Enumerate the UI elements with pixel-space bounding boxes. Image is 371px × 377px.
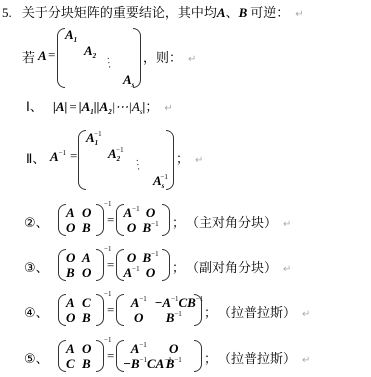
heading-tail: 可逆： — [250, 6, 289, 21]
separator: 、 — [226, 6, 239, 21]
definition-prefix: 若 — [22, 47, 35, 66]
paragraph-mark: ↵ — [283, 264, 291, 275]
item-i: Ⅰ、 |A|=|A1||A2|⋯|As|；↵ — [26, 96, 173, 116]
equals-sign: = — [107, 212, 114, 228]
definition-lhs: A — [38, 48, 47, 64]
power-label: −1 — [104, 200, 111, 208]
power-label: −1 — [104, 336, 111, 344]
heading-line: 5. 关于分块矩阵的重要结论，其中均A、B可逆：↵ — [2, 2, 304, 21]
heading-text: 关于分块矩阵的重要结论，其中均 — [22, 6, 217, 21]
left-paren — [58, 249, 66, 281]
var-a: A — [217, 5, 226, 20]
right-paren — [162, 204, 170, 236]
item-ii-end: ；↵ — [176, 148, 203, 167]
paragraph-mark: ↵ — [295, 9, 303, 20]
power-label: −1 — [104, 245, 111, 253]
lhs-entry: O — [82, 265, 91, 281]
equals-sign: = — [70, 148, 77, 164]
rhs-entry: O — [155, 341, 194, 357]
diagonal-dots: ⋱ — [131, 159, 143, 172]
right-paren — [96, 204, 104, 236]
determinant-term-s: |⋯|As — [112, 99, 143, 114]
lhs-entry: O — [66, 250, 75, 266]
lhs-entry: C — [66, 356, 75, 372]
item-note: （主对角分块）↵ — [186, 212, 291, 231]
rhs-entry: −B−1CA−1 — [123, 356, 155, 372]
right-paren — [96, 249, 104, 281]
rhs-entry: A−1 — [123, 205, 140, 221]
equals-sign: = — [107, 257, 114, 273]
left-paren — [78, 130, 86, 190]
right-paren — [133, 28, 141, 88]
paragraph-mark: ↵ — [164, 103, 172, 114]
lhs-entry: O — [82, 341, 91, 357]
lhs-entry: A — [66, 295, 75, 311]
semicolon: ； — [172, 257, 185, 276]
right-paren — [162, 249, 170, 281]
rhs-entry: −A−1CB−1 — [155, 295, 194, 311]
item-note: （拉普拉斯）↵ — [218, 302, 310, 321]
lhs-entry: B — [82, 356, 91, 372]
lhs-entry: A — [66, 341, 75, 357]
semicolon: ； — [204, 348, 217, 367]
rhs-entry: O — [140, 205, 161, 221]
matrix-entry-a2: A2 — [84, 43, 96, 60]
determinant-lhs: |A| — [53, 99, 67, 114]
equals-sign: = — [48, 47, 55, 63]
paragraph-mark: ↵ — [283, 219, 291, 230]
definition-suffix: ，则：↵ — [143, 47, 196, 66]
equals-sign: = — [107, 348, 114, 364]
section-number: 5. — [2, 5, 12, 20]
item-note: （副对角分块）↵ — [186, 257, 291, 276]
diagonal-dots: ⋱ — [102, 57, 114, 70]
paragraph-mark: ↵ — [302, 355, 310, 366]
right-paren — [96, 340, 104, 372]
item-label: ④、 — [24, 302, 49, 321]
lhs-entry: C — [82, 295, 91, 311]
right-paren — [194, 294, 202, 326]
item-note: （拉普拉斯）↵ — [218, 348, 310, 367]
rhs-entry: B−1 — [140, 220, 161, 236]
paragraph-mark: ↵ — [302, 309, 310, 320]
right-paren — [96, 294, 104, 326]
lhs-entry: A — [82, 250, 91, 266]
rhs-entry: A−1 — [123, 295, 155, 311]
rhs-entry: B−1 — [140, 250, 161, 266]
inverse-entry-1: A1−1 — [86, 130, 102, 147]
rhs-entry: B−1 — [155, 356, 194, 372]
item-i-label: Ⅰ、 — [26, 99, 43, 114]
lhs-entry: A — [66, 205, 75, 221]
rhs-entry: O — [123, 220, 140, 236]
lhs-entry: O — [66, 220, 75, 236]
inverse-lhs: A−1 — [50, 149, 66, 165]
rhs-entry: A−1 — [123, 341, 155, 357]
matrix-entry-a1: A1 — [65, 27, 77, 44]
rhs-entry: O — [140, 265, 161, 281]
left-paren — [58, 294, 66, 326]
item-label: ②、 — [24, 212, 49, 231]
lhs-entry: B — [82, 310, 91, 326]
rhs-entry: O — [123, 250, 140, 266]
power-label: −1 — [104, 290, 111, 298]
rhs-entry: O — [123, 310, 155, 326]
lhs-entry: B — [82, 220, 91, 236]
determinant-term-2: ||A2 — [94, 99, 112, 114]
lhs-entry: B — [66, 265, 75, 281]
inverse-entry-2: A2−1 — [108, 146, 124, 163]
semicolon: ； — [172, 212, 185, 231]
left-paren — [57, 28, 65, 88]
item-label: ③、 — [24, 257, 49, 276]
var-b: B — [239, 5, 248, 20]
right-paren — [194, 340, 202, 372]
semicolon: ； — [145, 100, 158, 115]
rhs-entry: A−1 — [123, 265, 140, 281]
lhs-entry: O — [66, 310, 75, 326]
left-paren — [58, 204, 66, 236]
equals-sign: = — [107, 302, 114, 318]
item-ii-label: Ⅱ、 — [26, 148, 45, 167]
lhs-entry: O — [82, 205, 91, 221]
rhs-entry: B−1 — [155, 310, 194, 326]
left-paren — [58, 340, 66, 372]
equals-sign: = — [69, 99, 76, 114]
semicolon: ； — [204, 302, 217, 321]
determinant-term-1: |A1 — [79, 99, 94, 114]
right-paren — [166, 130, 174, 190]
item-label: ⑤、 — [24, 348, 49, 367]
